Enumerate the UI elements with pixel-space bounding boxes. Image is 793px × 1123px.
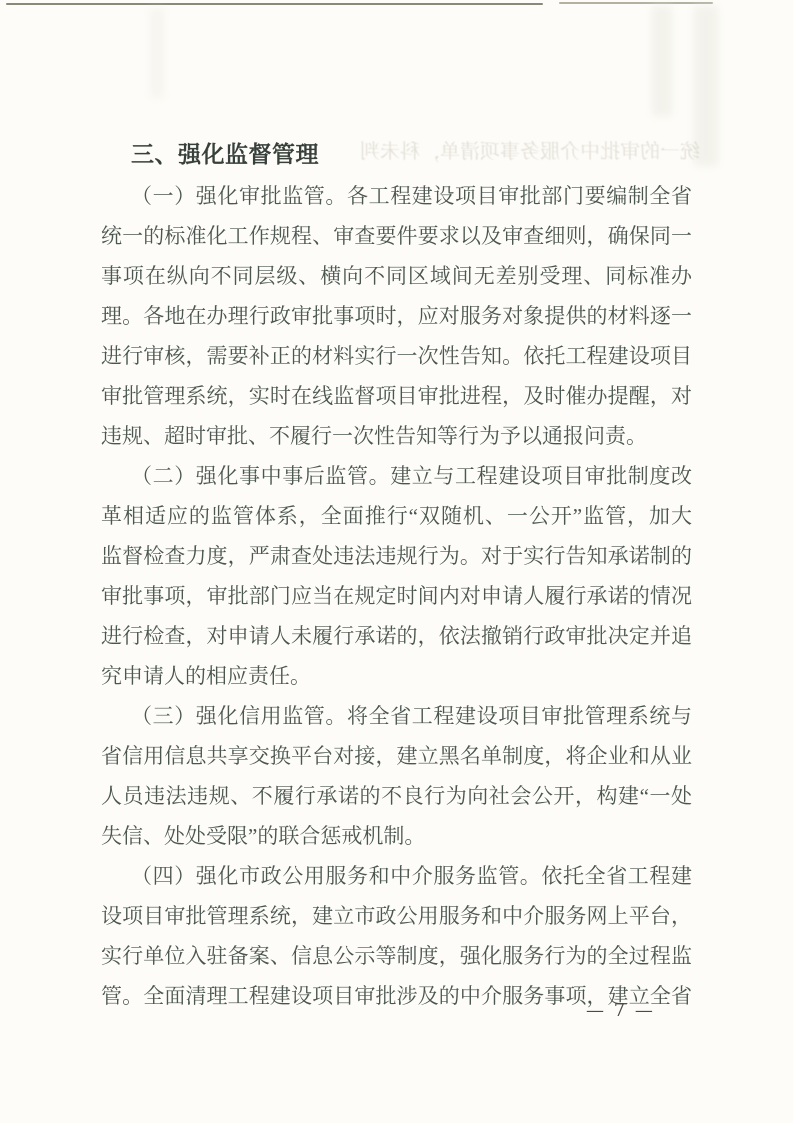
text-line: 革相适应的监管体系，全面推行“双随机、一公开”监管，加大	[101, 496, 692, 536]
text-line: 进行检查，对申请人未履行承诺的，依法撤销行政审批决定并追	[101, 616, 692, 656]
text-line: 实行单位入驻备案、信息公示等制度，强化服务行为的全过程监	[101, 936, 692, 976]
body-text-column: （一）强化审批监管。各工程建设项目审批部门要编制全省 统一的标准化工作规程、审查…	[101, 176, 692, 1016]
text-line: 审批事项，审批部门应当在规定时间内对申请人履行承诺的情况	[101, 576, 692, 616]
text-line: 失信、处处受限”的联合惩戒机制。	[101, 816, 692, 856]
page-number: — 7 —	[586, 999, 696, 1023]
text-line: 监督检查力度，严肃查处违法违规行为。对于实行告知承诺制的	[101, 536, 692, 576]
text-line: 违规、超时审批、不履行一次性告知等行为予以通报问责。	[101, 416, 692, 456]
document-page: 统一的审批中介服务事项清单，科未判 三、强化监督管理 （一）强化审批监管。各工程…	[0, 0, 793, 1123]
text-line: （三）强化信用监管。将全省工程建设项目审批管理系统与	[101, 696, 692, 736]
text-line: 理。各地在办理行政审批事项时，应对服务对象提供的材料逐一	[101, 296, 692, 336]
text-line: 进行审核，需要补正的材料实行一次性告知。依托工程建设项目	[101, 336, 692, 376]
text-line: 事项在纵向不同层级、横向不同区域间无差别受理、同标准办	[101, 256, 692, 296]
scan-edge-line	[6, 3, 543, 5]
section-heading: 三、强化监督管理	[131, 140, 319, 168]
text-line: （一）强化审批监管。各工程建设项目审批部门要编制全省	[101, 176, 692, 216]
text-line: 究申请人的相应责任。	[101, 656, 692, 696]
bleedthrough-text: 统一的审批中介服务事项清单，科未判	[332, 138, 700, 166]
scan-streak	[652, 6, 672, 116]
text-line: 审批管理系统，实时在线监督项目审批进程，及时催办提醒，对	[101, 376, 692, 416]
text-line: （四）强化市政公用服务和中介服务监管。依托全省工程建	[101, 856, 692, 896]
text-line: （二）强化事中事后监管。建立与工程建设项目审批制度改	[101, 456, 692, 496]
text-line: 统一的标准化工作规程、审查要件要求以及审查细则，确保同一	[101, 216, 692, 256]
text-line: 省信用信息共享交换平台对接，建立黑名单制度，将企业和从业	[101, 736, 692, 776]
text-line: 人员违法违规、不履行承诺的不良行为向社会公开，构建“一处	[101, 776, 692, 816]
text-line: 设项目审批管理系统，建立市政公用服务和中介服务网上平台，	[101, 896, 692, 936]
scan-streak	[150, 8, 164, 98]
scan-edge-line	[559, 2, 713, 4]
